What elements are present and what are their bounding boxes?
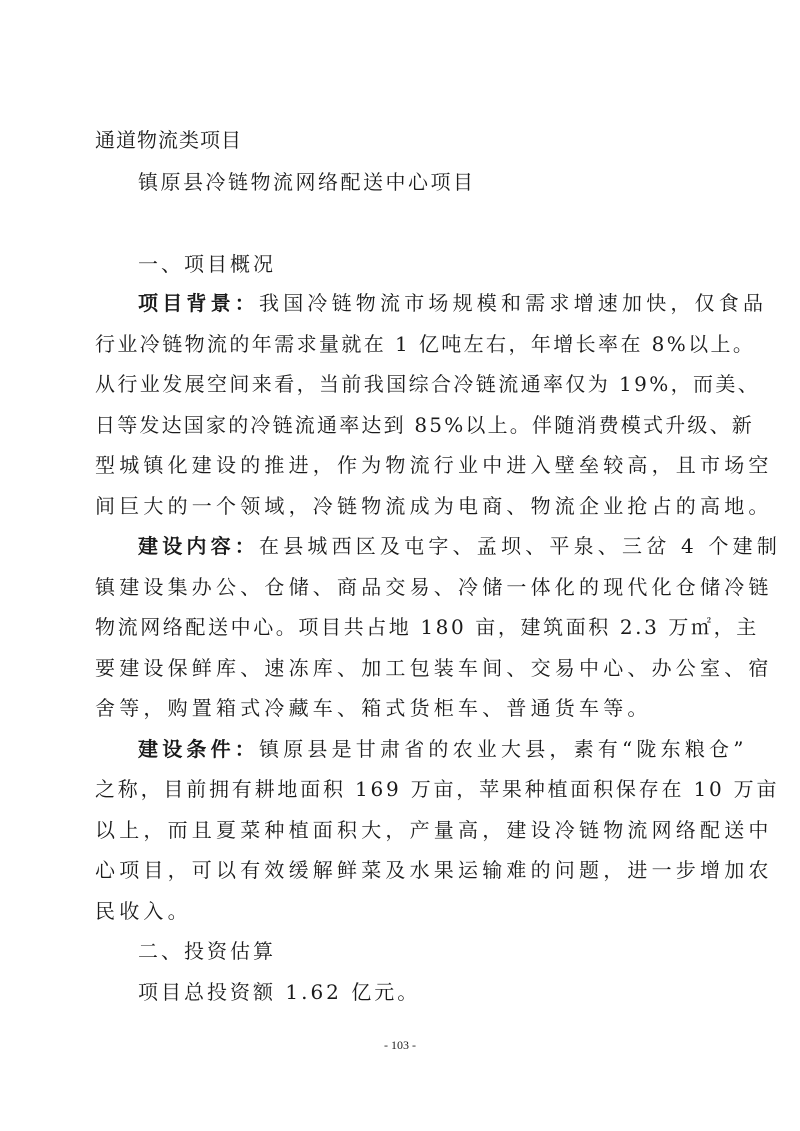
conditions-paragraph-line: 以上，而且夏菜种植面积大，产量高，建设冷链物流网络配送中 [95, 819, 703, 841]
conditions-paragraph-line: 之称，目前拥有耕地面积 169 万亩，苹果种植面积保存在 10 万亩 [95, 778, 703, 800]
section-heading-investment: 二、投资估算 [138, 940, 703, 962]
content-paragraph-line: 镇建设集办公、仓储、商品交易、冷储一体化的现代化仓储冷链 [95, 576, 703, 598]
conditions-paragraph-line: 心项目，可以有效缓解鲜菜及水果运输难的问题，进一步增加农 [95, 859, 703, 881]
conditions-paragraph-line: 建设条件：镇原县是甘肃省的农业大县，素有“陇东粮仓” [138, 738, 703, 760]
background-paragraph-line: 从行业发展空间来看，当前我国综合冷链流通率仅为 19%，而美、 [95, 373, 703, 395]
project-title: 镇原县冷链物流网络配送中心项目 [138, 171, 703, 193]
background-paragraph-line: 日等发达国家的冷链流通率达到 85%以上。伴随消费模式升级、新 [95, 414, 703, 436]
page-number: - 103 - [0, 1038, 800, 1053]
category-heading: 通道物流类项目 [95, 129, 703, 151]
section-heading-overview: 一、项目概况 [138, 253, 703, 275]
background-label: 项目背景： [138, 291, 259, 315]
content-paragraph-line: 舍等，购置箱式冷藏车、箱式货柜车、普通货车等。 [95, 697, 703, 719]
background-paragraph-line: 项目背景：我国冷链物流市场规模和需求增速加快，仅食品 [138, 292, 703, 314]
background-paragraph-line: 间巨大的一个领域，冷链物流成为电商、物流企业抢占的高地。 [95, 495, 703, 517]
background-paragraph-line: 行业冷链物流的年需求量就在 1 亿吨左右，年增长率在 8%以上。 [95, 333, 703, 355]
content-paragraph-line: 建设内容：在县城西区及屯字、孟坝、平泉、三岔 4 个建制 [138, 535, 703, 557]
content-label: 建设内容： [138, 534, 259, 558]
conditions-label: 建设条件： [138, 737, 259, 761]
content-paragraph-line: 要建设保鲜库、速冻库、加工包装车间、交易中心、办公室、宿 [95, 657, 703, 679]
document-page: 通道物流类项目 镇原县冷链物流网络配送中心项目 一、项目概况 项目背景：我国冷链… [0, 0, 800, 1131]
background-paragraph-line: 型城镇化建设的推进，作为物流行业中进入壁垒较高，且市场空 [95, 454, 703, 476]
conditions-paragraph-line: 民收入。 [95, 900, 703, 922]
investment-total-text: 项目总投资额 1.62 亿元。 [138, 981, 703, 1003]
content-paragraph-line: 物流网络配送中心。项目共占地 180 亩，建筑面积 2.3 万㎡，主 [95, 616, 703, 638]
